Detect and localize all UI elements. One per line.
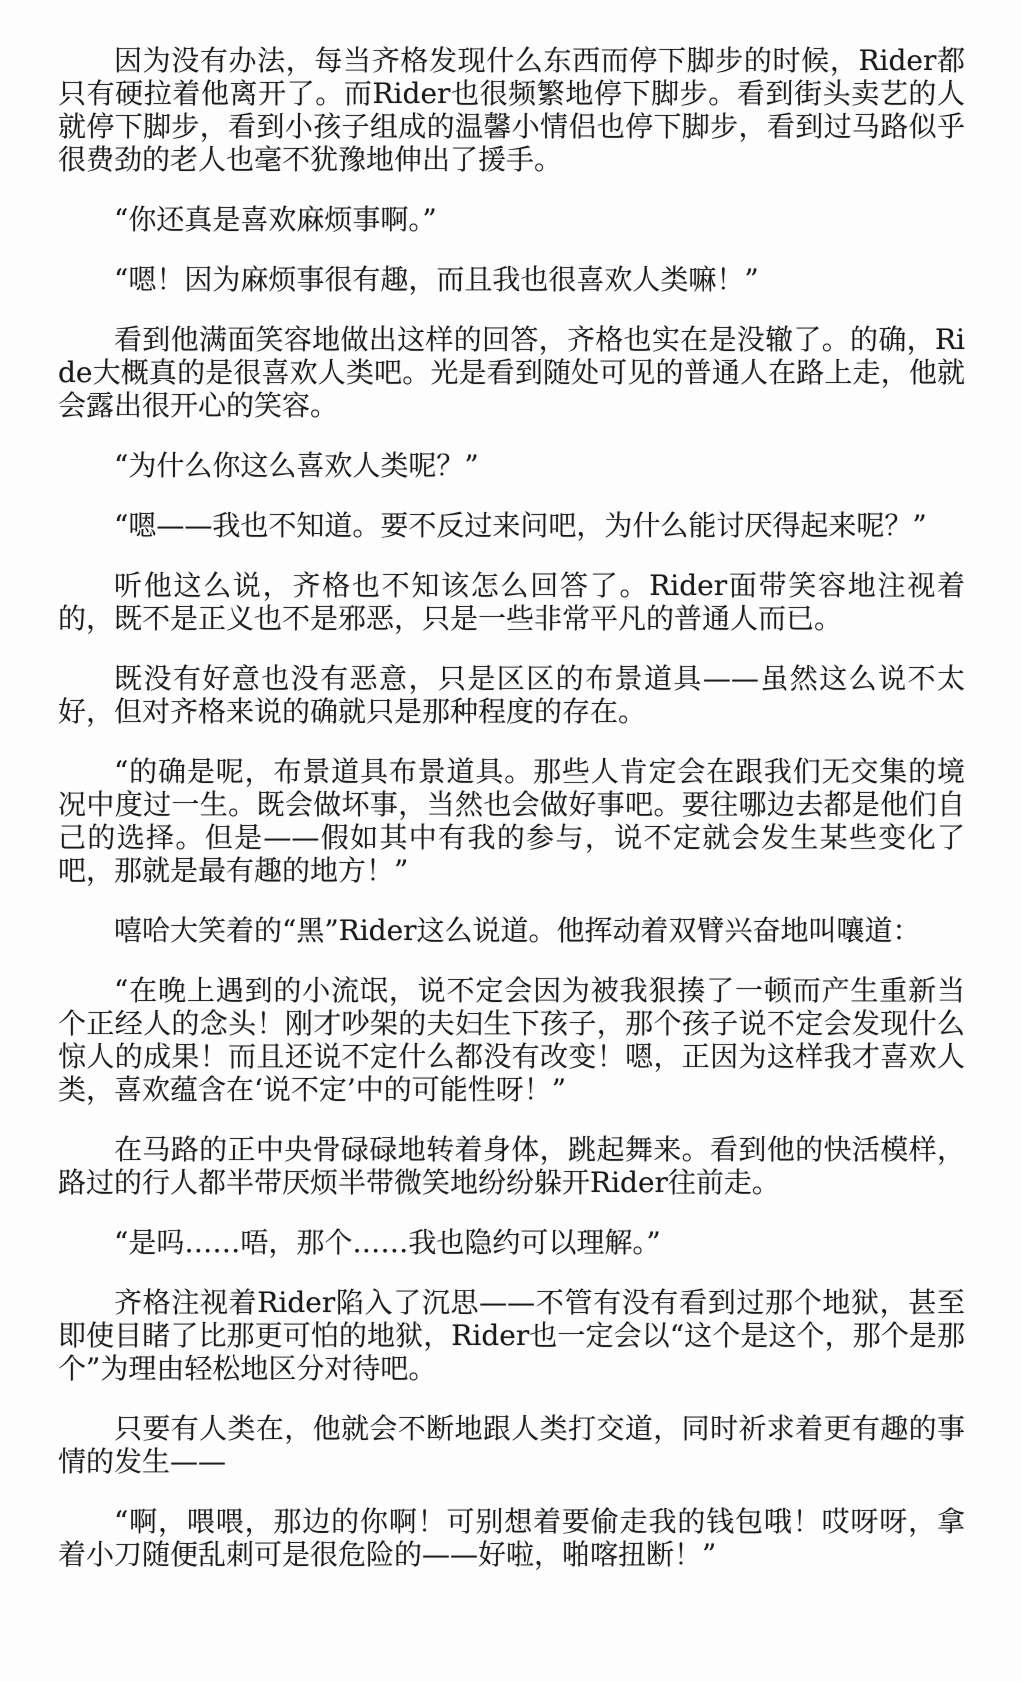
paragraph: 因为没有办法，每当齐格发现什么东西而停下脚步的时候，Rider都只有硬拉着他离开…	[58, 44, 965, 176]
paragraph: 齐格注视着Rider陷入了沉思——不管有没有看到过那个地狱，甚至即使目睹了比那更…	[58, 1286, 965, 1385]
paragraph: “为什么你这么喜欢人类呢？”	[58, 449, 965, 482]
paragraph: “的确是呢，布景道具布景道具。那些人肯定会在跟我们无交集的境况中度过一生。既会做…	[58, 755, 965, 887]
document-page: 因为没有办法，每当齐格发现什么东西而停下脚步的时候，Rider都只有硬拉着他离开…	[0, 0, 1022, 1682]
paragraph: 在马路的正中央骨碌碌地转着身体，跳起舞来。看到他的快活模样，路过的行人都半带厌烦…	[58, 1133, 965, 1199]
paragraph: 既没有好意也没有恶意，只是区区的布景道具——虽然这么说不太好，但对齐格来说的确就…	[58, 662, 965, 728]
paragraph: 只要有人类在，他就会不断地跟人类打交道，同时祈求着更有趣的事情的发生——	[58, 1412, 965, 1478]
paragraph: “啊，喂喂，那边的你啊！可别想着要偷走我的钱包哦！哎呀呀，拿着小刀随便乱刺可是很…	[58, 1505, 965, 1571]
paragraph: “嗯——我也不知道。要不反过来问吧，为什么能讨厌得起来呢？”	[58, 509, 965, 542]
paragraph: “嗯！因为麻烦事很有趣，而且我也很喜欢人类嘛！”	[58, 263, 965, 296]
paragraph: “你还真是喜欢麻烦事啊。”	[58, 203, 965, 236]
paragraph: “是吗……唔，那个……我也隐约可以理解。”	[58, 1226, 965, 1259]
paragraph: 嘻哈大笑着的“黑”Rider这么说道。他挥动着双臂兴奋地叫嚷道：	[58, 914, 965, 947]
paragraph: 看到他满面笑容地做出这样的回答，齐格也实在是没辙了。的确，Ride大概真的是很喜…	[58, 323, 965, 422]
paragraph: 听他这么说，齐格也不知该怎么回答了。Rider面带笑容地注视着的，既不是正义也不…	[58, 569, 965, 635]
paragraph: “在晚上遇到的小流氓，说不定会因为被我狠揍了一顿而产生重新当个正经人的念头！刚才…	[58, 974, 965, 1106]
page-body: 因为没有办法，每当齐格发现什么东西而停下脚步的时候，Rider都只有硬拉着他离开…	[58, 44, 965, 1571]
